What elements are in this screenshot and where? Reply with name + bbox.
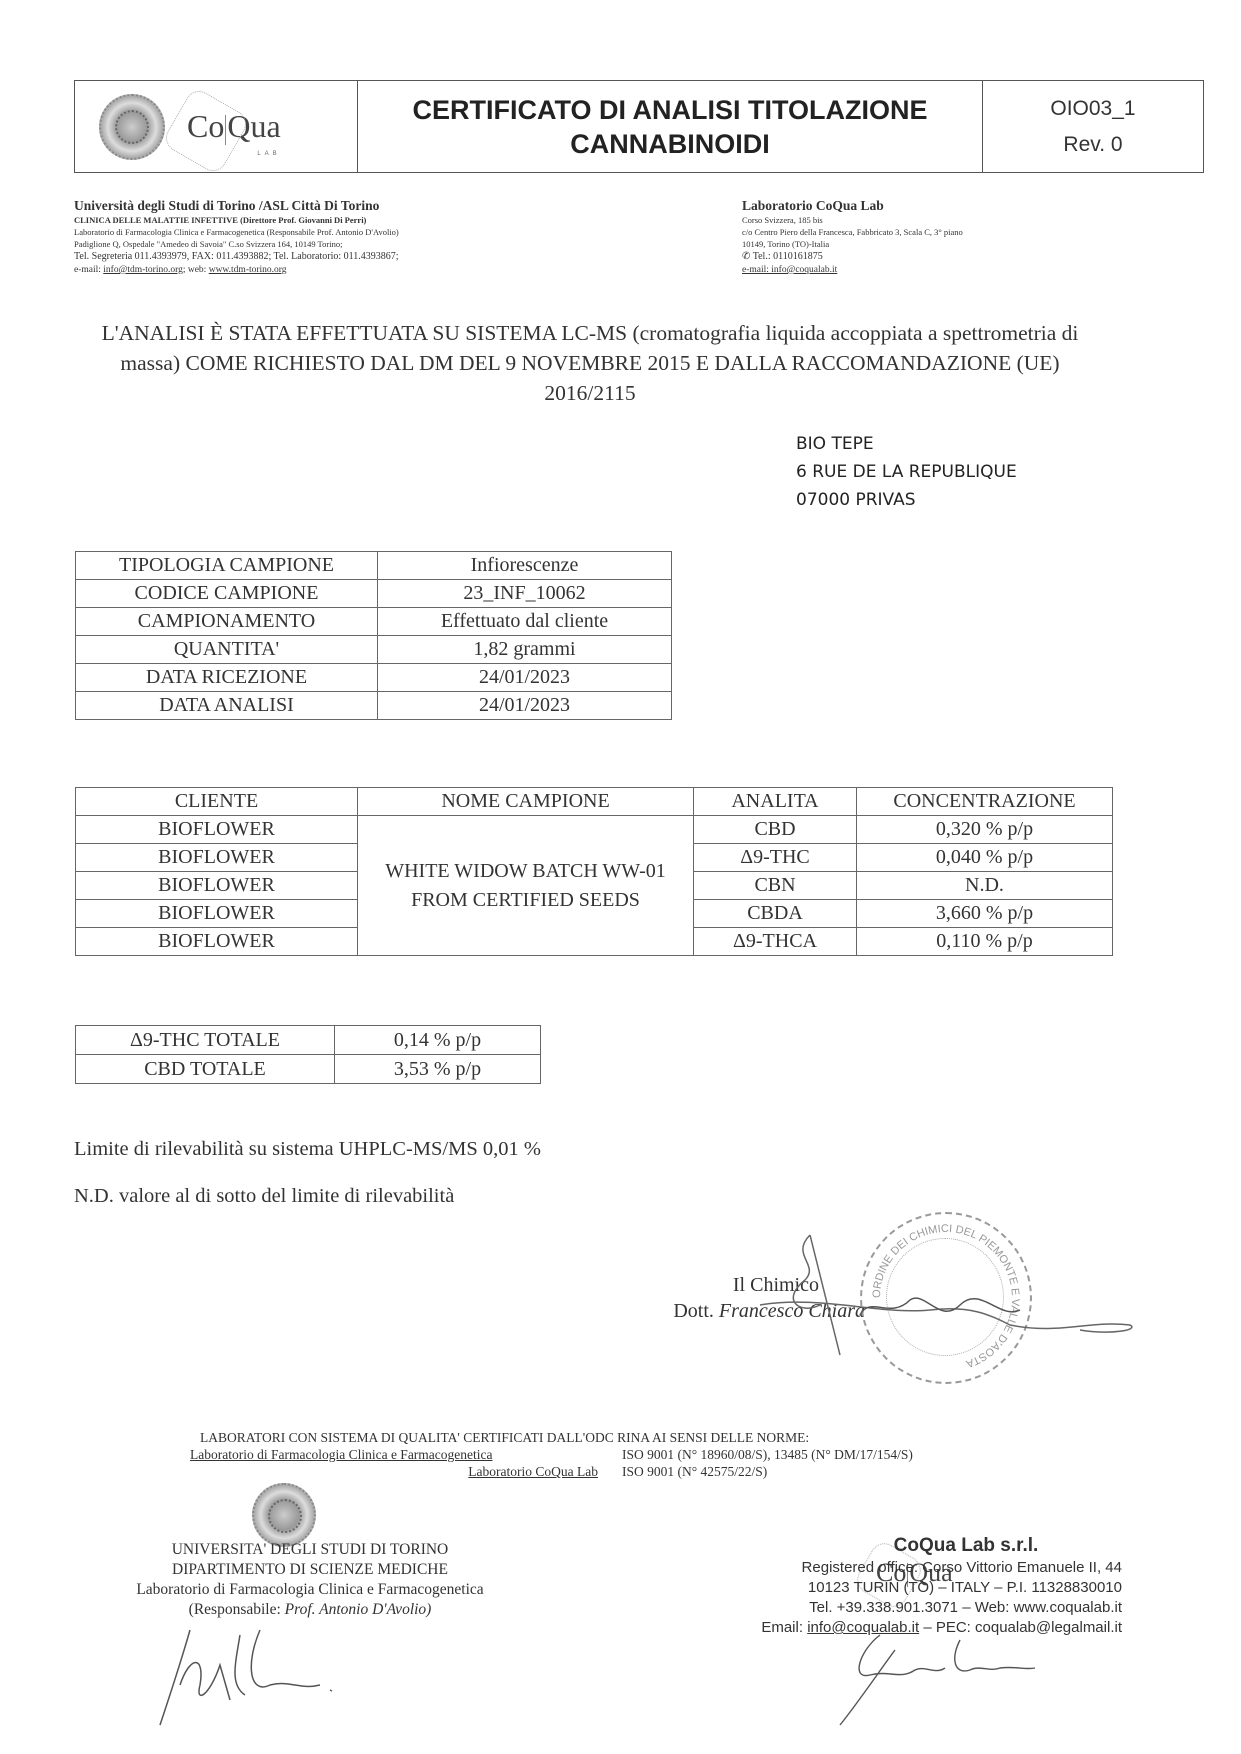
concentration-cell: 0,320 % p/p (857, 816, 1113, 844)
sample-info-row: CODICE CAMPIONE23_INF_10062 (76, 580, 672, 608)
quality-certification-block: LABORATORI CON SISTEMA DI QUALITA' CERTI… (190, 1429, 1010, 1480)
chemist-signature-scribble (760, 1225, 1140, 1365)
sample-info-value: 23_INF_10062 (378, 580, 672, 608)
lab2-iso: ISO 9001 (N° 42575/22/S) (622, 1463, 767, 1480)
sample-info-table: TIPOLOGIA CAMPIONEInfiorescenzeCODICE CA… (75, 551, 672, 720)
sample-name-cell: WHITE WIDOW BATCH WW-01 FROM CERTIFIED S… (358, 816, 694, 956)
university-address-block: Università degli Studi di Torino /ASL Ci… (74, 198, 674, 276)
sample-info-label: DATA RICEZIONE (76, 664, 378, 692)
sample-info-value: 24/01/2023 (378, 664, 672, 692)
university-footer: UNIVERSITA' DEGLI STUDI DI TORINO DIPART… (90, 1540, 530, 1620)
totals-row: CBD TOTALE3,53 % p/p (76, 1055, 541, 1084)
recipient-address: BIO TEPE 6 RUE DE LA REPUBLIQUE 07000 PR… (796, 430, 1017, 514)
concentration-cell: 3,660 % p/p (857, 900, 1113, 928)
doc-code: OIO03_1 (1050, 91, 1135, 127)
total-label: Δ9-THC TOTALE (76, 1026, 335, 1055)
university-seal-logo (99, 94, 165, 160)
client-cell: BIOFLOWER (76, 900, 358, 928)
results-row: BIOFLOWERWHITE WIDOW BATCH WW-01 FROM CE… (76, 816, 1113, 844)
sample-info-label: CODICE CAMPIONE (76, 580, 378, 608)
company-name: CoQua Lab s.r.l. (660, 1534, 1122, 1558)
lab-address-block: Laboratorio CoQua Lab Corso Svizzera, 18… (742, 198, 1102, 276)
client-cell: BIOFLOWER (76, 872, 358, 900)
client-cell: BIOFLOWER (76, 844, 358, 872)
total-value: 3,53 % p/p (335, 1055, 541, 1084)
header-logos: CoQua LAB (75, 81, 358, 172)
analyte-cell: CBN (694, 872, 857, 900)
analysis-statement: L'ANALISI È STATA EFFETTUATA SU SISTEMA … (80, 318, 1100, 408)
column-header: CLIENTE (76, 788, 358, 816)
results-header-row: CLIENTE NOME CAMPIONE ANALITA CONCENTRAZ… (76, 788, 1113, 816)
professor-signature-scribble (150, 1625, 390, 1735)
university-email-link[interactable]: info@tdm-torino.org (103, 265, 183, 275)
totals-table: Δ9-THC TOTALE0,14 % p/pCBD TOTALE3,53 % … (75, 1025, 541, 1084)
column-header: ANALITA (694, 788, 857, 816)
results-table: CLIENTE NOME CAMPIONE ANALITA CONCENTRAZ… (75, 787, 1113, 956)
client-cell: BIOFLOWER (76, 928, 358, 956)
client-cell: BIOFLOWER (76, 816, 358, 844)
analyte-cell: CBD (694, 816, 857, 844)
sample-info-row: QUANTITA'1,82 grammi (76, 636, 672, 664)
lab2-name: Laboratorio CoQua Lab (190, 1463, 622, 1480)
sample-info-value: 24/01/2023 (378, 692, 672, 720)
concentration-cell: N.D. (857, 872, 1113, 900)
company-signature-scribble (820, 1630, 1080, 1730)
column-header: NOME CAMPIONE (358, 788, 694, 816)
sample-info-value: 1,82 grammi (378, 636, 672, 664)
sample-info-label: DATA ANALISI (76, 692, 378, 720)
concentration-cell: 0,040 % p/p (857, 844, 1113, 872)
university-web-link[interactable]: www.tdm-torino.org (209, 265, 287, 275)
sample-info-row: CAMPIONAMENTOEffettuato dal cliente (76, 608, 672, 636)
university-seal-footer-logo (252, 1483, 316, 1547)
certificate-header: CoQua LAB CERTIFICATO DI ANALISI TITOLAZ… (74, 80, 1204, 173)
lab1-iso: ISO 9001 (N° 18960/08/S), 13485 (N° DM/1… (622, 1446, 913, 1463)
revision: Rev. 0 (1063, 127, 1122, 163)
total-label: CBD TOTALE (76, 1055, 335, 1084)
total-value: 0,14 % p/p (335, 1026, 541, 1055)
analyte-cell: CBDA (694, 900, 857, 928)
coqua-company-footer: CoQua Lab s.r.l. Registered office: Cors… (660, 1534, 1122, 1638)
analyte-cell: Δ9-THCA (694, 928, 857, 956)
nd-definition-note: N.D. valore al di sotto del limite di ri… (74, 1185, 454, 1208)
totals-row: Δ9-THC TOTALE0,14 % p/p (76, 1026, 541, 1055)
column-header: CONCENTRAZIONE (857, 788, 1113, 816)
sample-info-row: DATA ANALISI24/01/2023 (76, 692, 672, 720)
sample-info-row: DATA RICEZIONE24/01/2023 (76, 664, 672, 692)
detection-limit-note: Limite di rilevabilità su sistema UHPLC-… (74, 1138, 541, 1161)
document-title: CERTIFICATO DI ANALISI TITOLAZIONE CANNA… (358, 81, 983, 172)
coqua-lab-logo: CoQua LAB (179, 102, 289, 151)
sample-info-row: TIPOLOGIA CAMPIONEInfiorescenze (76, 552, 672, 580)
lab1-name: Laboratorio di Farmacologia Clinica e Fa… (190, 1446, 622, 1463)
document-code: OIO03_1 Rev. 0 (983, 81, 1203, 172)
sample-info-value: Effettuato dal cliente (378, 608, 672, 636)
lab-email-link[interactable]: e-mail: info@coqualab.it (742, 264, 1102, 276)
hexagon-icon (161, 86, 251, 176)
sample-info-label: TIPOLOGIA CAMPIONE (76, 552, 378, 580)
analyte-cell: Δ9-THC (694, 844, 857, 872)
sample-info-value: Infiorescenze (378, 552, 672, 580)
concentration-cell: 0,110 % p/p (857, 928, 1113, 956)
sample-info-label: QUANTITA' (76, 636, 378, 664)
sample-info-label: CAMPIONAMENTO (76, 608, 378, 636)
